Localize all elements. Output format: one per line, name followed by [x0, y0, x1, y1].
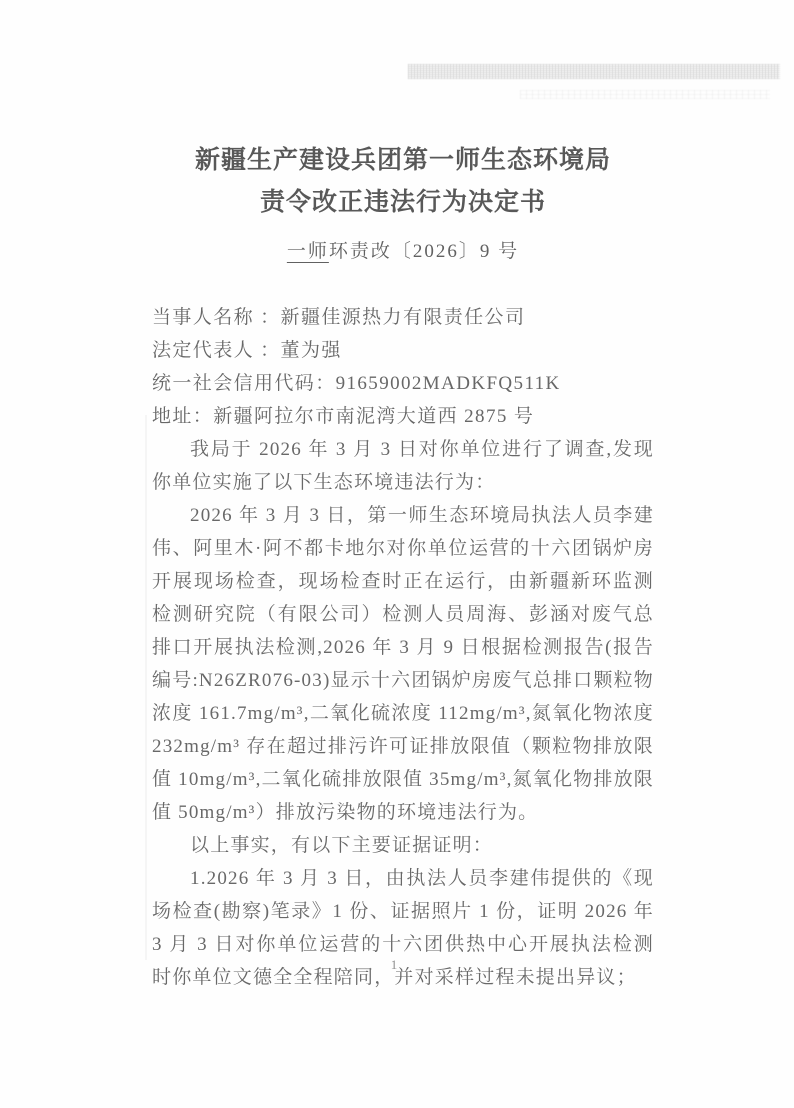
page-number: 1 — [0, 957, 788, 973]
legal-representative-line: 法定代表人 ：董为强 — [152, 334, 654, 367]
paragraph-investigation-intro: 我局于 2026 年 3 月 3 日对你单位进行了调查,发现你单位实施了以下生态… — [152, 433, 654, 499]
scan-noise-artifact-secondary — [520, 90, 770, 99]
title-line-2: 责令改正违法行为决定书 — [152, 182, 654, 224]
scan-noise-artifact — [408, 64, 780, 79]
title-line-1: 新疆生产建设兵团第一师生态环境局 — [152, 140, 654, 182]
paragraph-evidence-item-1: 1.2026 年 3 月 3 日，由执法人员李建伟提供的《现场检查(勘察)笔录》… — [152, 862, 654, 994]
party-info-section: 当事人名称 ：新疆佳源热力有限责任公司 法定代表人 ：董为强 统一社会信用代码：… — [152, 301, 654, 433]
document-body: 我局于 2026 年 3 月 3 日对你单位进行了调查,发现你单位实施了以下生态… — [152, 433, 654, 994]
document-number-rest: 环责改〔2026〕9 号 — [329, 241, 519, 262]
document-content: 新疆生产建设兵团第一师生态环境局 责令改正违法行为决定书 一师环责改〔2026〕… — [152, 140, 654, 994]
credit-code-line: 统一社会信用代码：91659002MADKFQ511K — [152, 367, 654, 400]
paragraph-evidence-intro: 以上事实，有以下主要证据证明： — [152, 829, 654, 862]
scan-fold-line — [145, 415, 147, 960]
paragraph-violation-facts: 2026 年 3 月 3 日，第一师生态环境局执法人员李建伟、阿里木·阿不都卡地… — [152, 499, 654, 829]
document-number-underlined-part: 一师 — [287, 241, 329, 262]
address-line: 地址：新疆阿拉尔市南泥湾大道西 2875 号 — [152, 400, 654, 433]
document-title: 新疆生产建设兵团第一师生态环境局 责令改正违法行为决定书 — [152, 140, 654, 224]
document-number: 一师环责改〔2026〕9 号 — [152, 236, 654, 263]
scanned-document-page: 新疆生产建设兵团第一师生态环境局 责令改正违法行为决定书 一师环责改〔2026〕… — [0, 0, 794, 1108]
party-name-line: 当事人名称 ：新疆佳源热力有限责任公司 — [152, 301, 654, 334]
